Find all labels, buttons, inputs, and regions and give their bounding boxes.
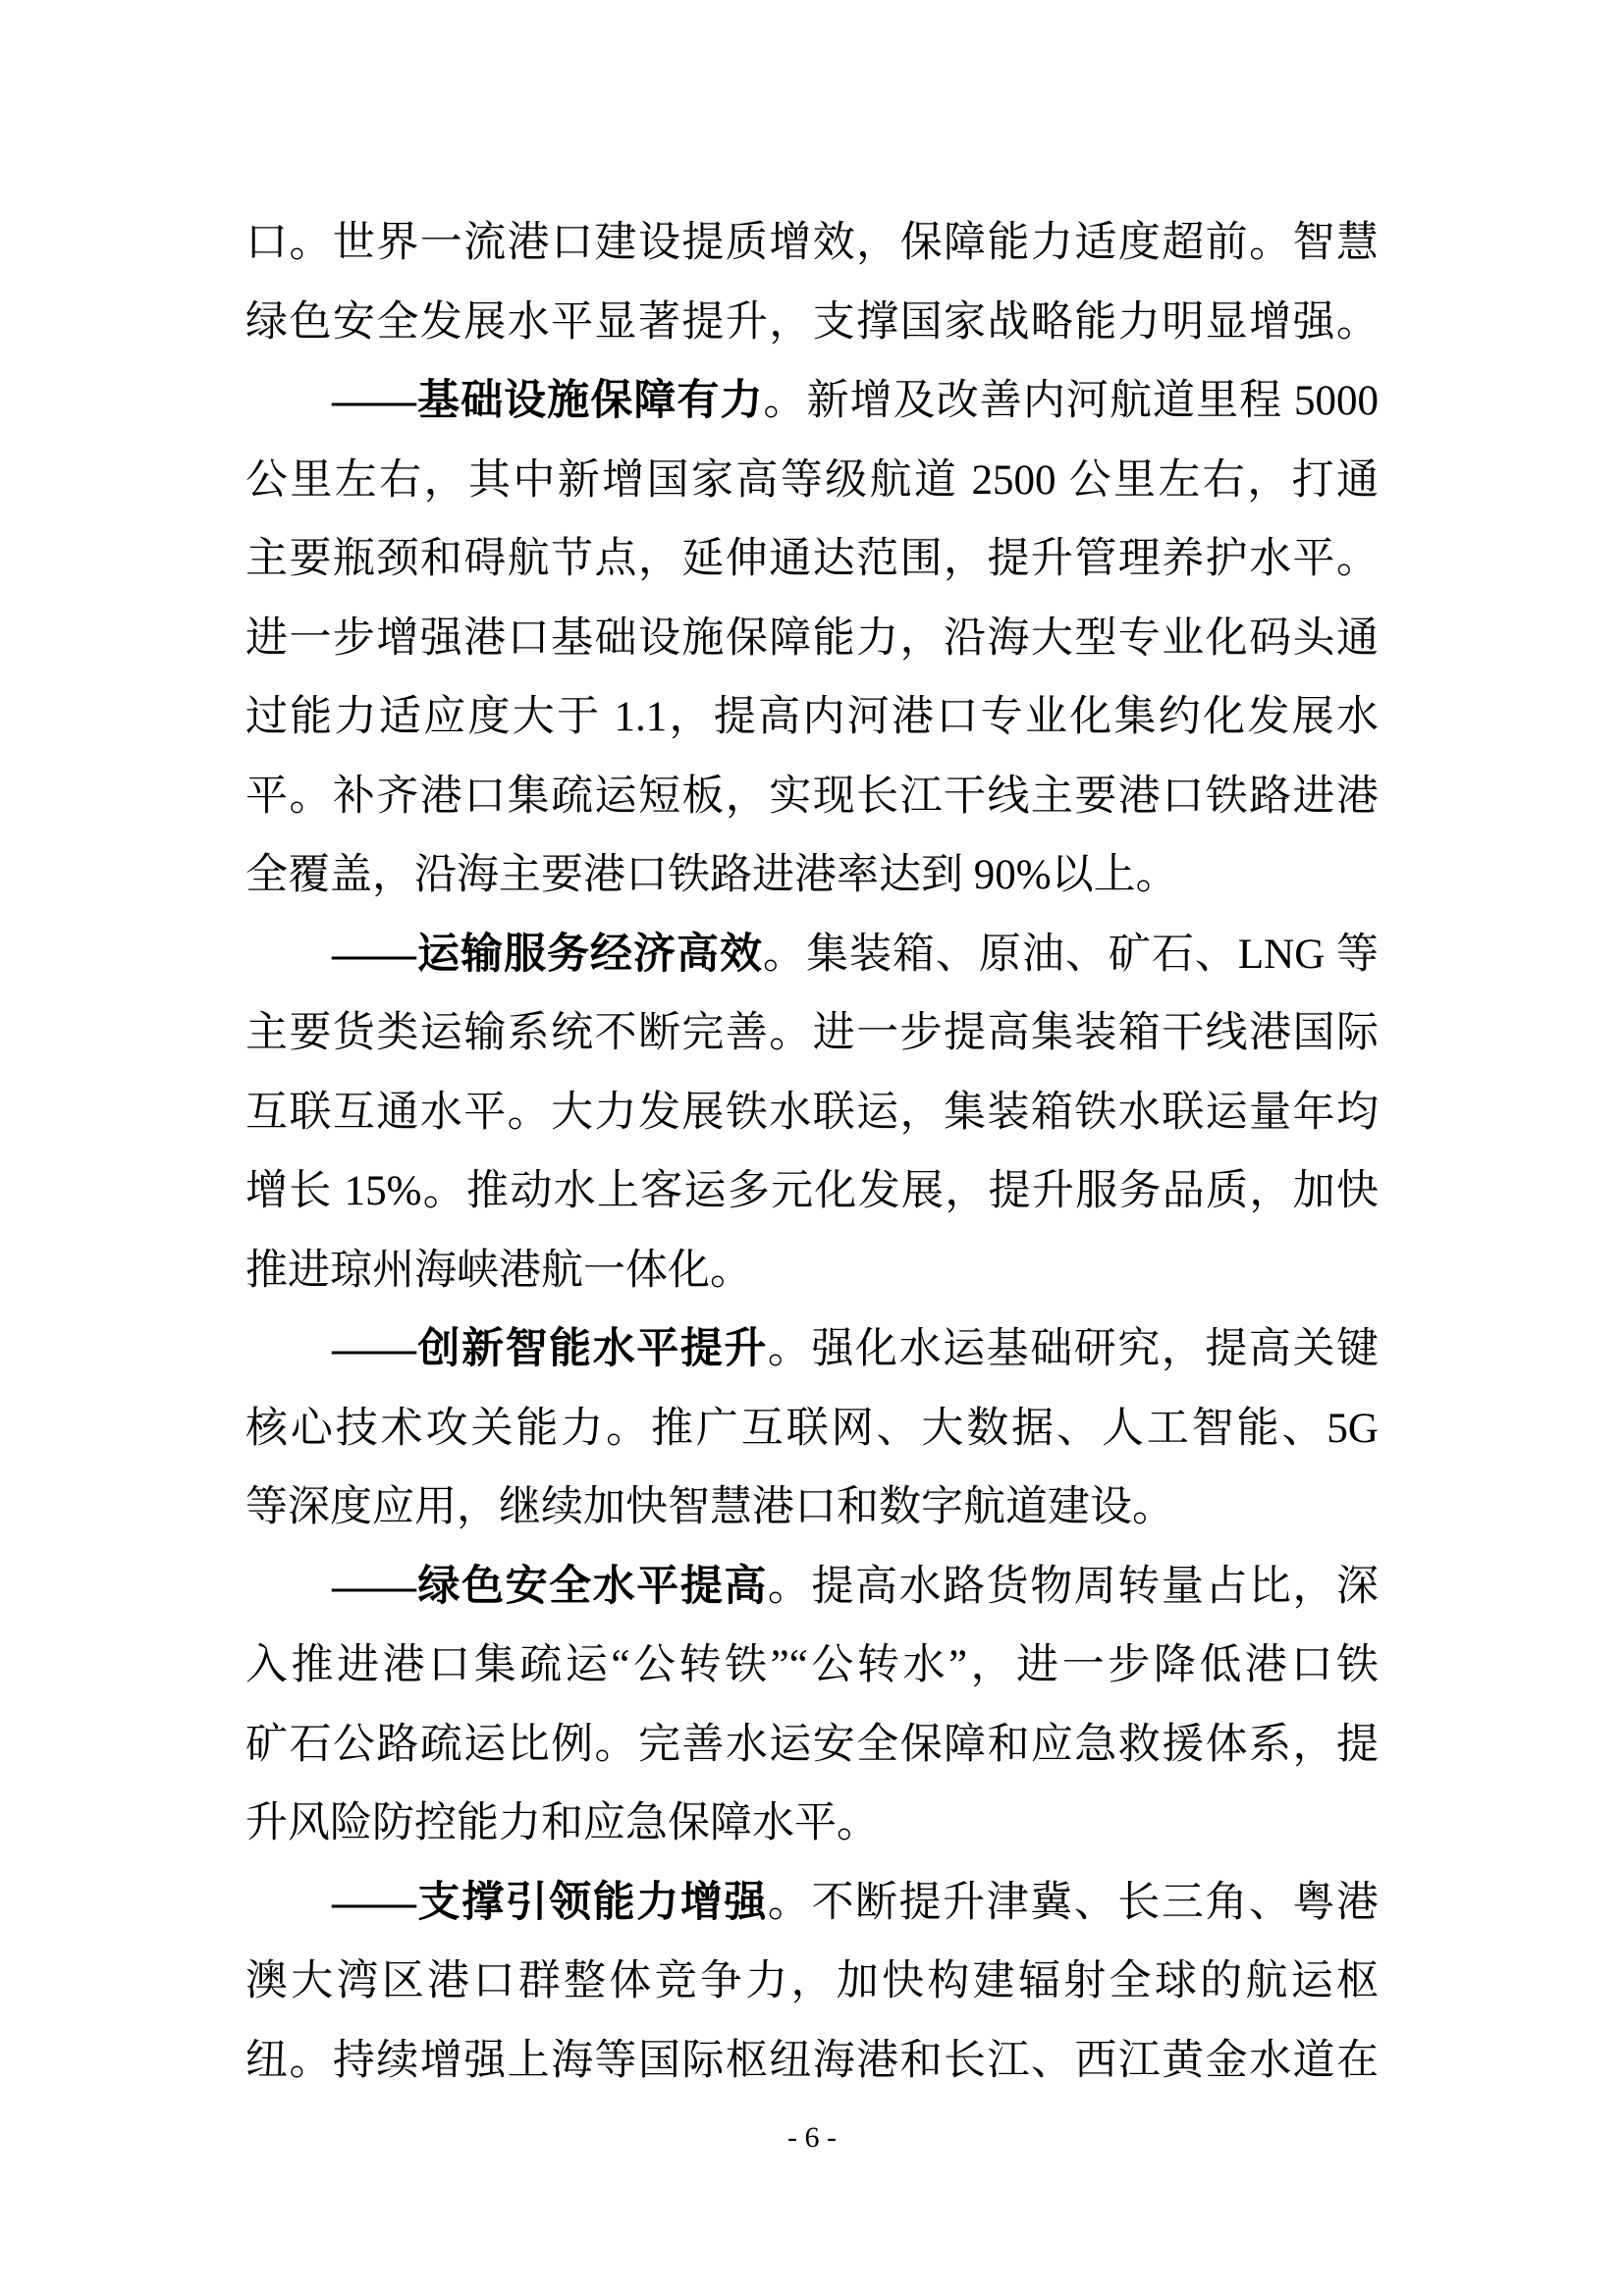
- paragraph-heading: ——创新智能水平提升: [332, 1326, 768, 1372]
- paragraph-text: 主要瓶颈和碍航节点，延伸通达范围，提升管理养护水平。: [245, 536, 1379, 582]
- page-number: - 6 -: [0, 2120, 1624, 2156]
- paragraph-text: 。不断提升津冀、长三角、粤港: [768, 1880, 1379, 1926]
- text-line: 公里左右，其中新增国家高等级航道 2500 公里左右，打通: [245, 442, 1379, 521]
- text-line: 纽。持续增强上海等国际枢纽海港和长江、西江黄金水道在: [245, 2022, 1379, 2102]
- paragraph-text: 核心技术攻关能力。推广互联网、大数据、人工智能、5G: [245, 1406, 1379, 1452]
- text-line: 升风险防控能力和应急保障水平。: [245, 1785, 1379, 1864]
- text-line: 主要货类运输系统不断完善。进一步提高集装箱干线港国际: [245, 994, 1379, 1074]
- text-line: 平。补齐港口集疏运短板，实现长江干线主要港口铁路进港: [245, 758, 1379, 837]
- text-line: ——基础设施保障有力。新增及改善内河航道里程 5000: [245, 362, 1379, 442]
- paragraph-text: 。强化水运基础研究，提高关键: [768, 1326, 1379, 1372]
- paragraph-text: 平。补齐港口集疏运短板，实现长江干线主要港口铁路进港: [245, 774, 1379, 820]
- paragraph-text: 增长 15%。推动水上客运多元化发展，提升服务品质，加快: [245, 1168, 1379, 1214]
- text-line: 主要瓶颈和碍航节点，延伸通达范围，提升管理养护水平。: [245, 520, 1379, 600]
- paragraph-text: 绿色安全发展水平显著提升，支撑国家战略能力明显增强。: [245, 299, 1379, 346]
- text-line: 矿石公路疏运比例。完善水运安全保障和应急救援体系，提: [245, 1706, 1379, 1786]
- paragraph-text: 。新增及改善内河航道里程 5000: [764, 378, 1379, 424]
- paragraph-text: 主要货类运输系统不断完善。进一步提高集装箱干线港国际: [245, 1010, 1379, 1056]
- paragraph-heading: ——基础设施保障有力: [332, 378, 764, 424]
- text-line: 增长 15%。推动水上客运多元化发展，提升服务品质，加快: [245, 1152, 1379, 1232]
- text-line: ——创新智能水平提升。强化水运基础研究，提高关键: [245, 1310, 1379, 1390]
- text-line: 等深度应用，继续加快智慧港口和数字航道建设。: [245, 1468, 1379, 1548]
- paragraph-heading: ——运输服务经济高效: [332, 932, 763, 978]
- paragraph-text: 澳大湾区港口群整体竞争力，加快构建辐射全球的航运枢: [245, 1958, 1379, 2004]
- paragraph-text: 等深度应用，继续加快智慧港口和数字航道建设。: [245, 1484, 1174, 1530]
- text-line: ——运输服务经济高效。集装箱、原油、矿石、LNG 等: [245, 916, 1379, 995]
- text-line: ——绿色安全水平提高。提高水路货物周转量占比，深: [245, 1548, 1379, 1628]
- document-page: 口。世界一流港口建设提质增效，保障能力适度超前。智慧绿色安全发展水平显著提升，支…: [0, 0, 1624, 2296]
- text-line: 澳大湾区港口群整体竞争力，加快构建辐射全球的航运枢: [245, 1943, 1379, 2022]
- text-line: 绿色安全发展水平显著提升，支撑国家战略能力明显增强。: [245, 284, 1379, 363]
- text-line: 推进琼州海峡港航一体化。: [245, 1232, 1379, 1311]
- text-line: 核心技术攻关能力。推广互联网、大数据、人工智能、5G: [245, 1390, 1379, 1469]
- paragraph-text: 进一步增强港口基础设施保障能力，沿海大型专业化码头通: [245, 615, 1379, 662]
- paragraph-text: 升风险防控能力和应急保障水平。: [245, 1800, 879, 1846]
- paragraph-text: 过能力适应度大于 1.1，提高内河港口专业化集约化发展水: [245, 694, 1379, 740]
- paragraph-text: 入推进港口集疏运“公转铁”“公转水”，进一步降低港口铁: [245, 1642, 1379, 1688]
- paragraph-text: 推进琼州海峡港航一体化。: [245, 1248, 752, 1294]
- paragraph-text: 。提高水路货物周转量占比，深: [768, 1564, 1379, 1610]
- text-line: 过能力适应度大于 1.1，提高内河港口专业化集约化发展水: [245, 678, 1379, 758]
- paragraph-heading: ——支撑引领能力增强: [332, 1880, 768, 1926]
- text-line: ——支撑引领能力增强。不断提升津冀、长三角、粤港: [245, 1864, 1379, 1944]
- paragraph-text: 全覆盖，沿海主要港口铁路进港率达到 90%以上。: [245, 852, 1178, 898]
- text-line: 互联互通水平。大力发展铁水联运，集装箱铁水联运量年均: [245, 1074, 1379, 1153]
- paragraph-heading: ——绿色安全水平提高: [332, 1564, 768, 1610]
- text-line: 口。世界一流港口建设提质增效，保障能力适度超前。智慧: [245, 204, 1379, 284]
- paragraph-text: 公里左右，其中新增国家高等级航道 2500 公里左右，打通: [245, 457, 1379, 504]
- paragraph-text: 纽。持续增强上海等国际枢纽海港和长江、西江黄金水道在: [245, 2038, 1379, 2084]
- text-line: 全覆盖，沿海主要港口铁路进港率达到 90%以上。: [245, 836, 1379, 916]
- document-body: 口。世界一流港口建设提质增效，保障能力适度超前。智慧绿色安全发展水平显著提升，支…: [245, 204, 1379, 2101]
- text-line: 入推进港口集疏运“公转铁”“公转水”，进一步降低港口铁: [245, 1627, 1379, 1706]
- text-line: 进一步增强港口基础设施保障能力，沿海大型专业化码头通: [245, 600, 1379, 679]
- paragraph-text: 。集装箱、原油、矿石、LNG 等: [763, 932, 1379, 978]
- paragraph-text: 口。世界一流港口建设提质增效，保障能力适度超前。智慧: [245, 220, 1379, 266]
- paragraph-text: 矿石公路疏运比例。完善水运安全保障和应急救援体系，提: [245, 1722, 1379, 1768]
- paragraph-text: 互联互通水平。大力发展铁水联运，集装箱铁水联运量年均: [245, 1090, 1379, 1136]
